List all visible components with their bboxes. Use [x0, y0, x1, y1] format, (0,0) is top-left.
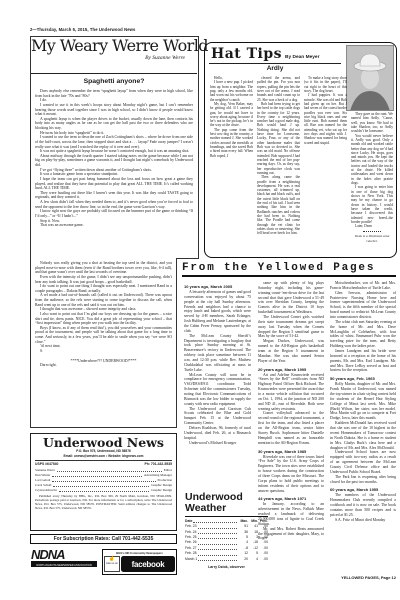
dotted-leader [198, 538, 238, 539]
article-paragraph: Then along came the poodle from a neighb… [257, 175, 300, 235]
yellowed-item: The members of the Underwood Homemakers … [330, 493, 396, 517]
weather-title-line2: Weather [185, 503, 268, 514]
dotted-leader [198, 560, 237, 561]
article-paragraph: To make a long story short (so it fits i… [304, 76, 347, 93]
yellowed-item: Underwood School buses are now equipped … [330, 450, 396, 474]
hat-tips-signoff: Later, Dean [351, 224, 393, 228]
article-paragraph: A ref made a bad out-of-bounds call (cal… [35, 293, 172, 307]
article-paragraph: Does anybody else remember the term “spa… [35, 89, 193, 98]
masthead-fine-print: Published every Thursday by BHG, Inc., P… [35, 495, 172, 510]
article-paragraph: Even with the intensity of the game, I d… [35, 275, 172, 284]
hat-tips-box: Hat TipsBy Dean Meyer Ardly Hello,I have… [204, 42, 397, 258]
weary-article-body-bottom: Nobody was really giving you a shot at b… [35, 261, 172, 425]
weather-title: Underwood Weather [185, 492, 268, 517]
dotted-leader [53, 486, 149, 487]
dotted-leader [52, 481, 155, 482]
staff-name: Crystal Albrecht [35, 488, 57, 493]
yellowed-item: James Lundgren and his bride were honore… [330, 349, 396, 373]
weather-prec: .00 [258, 557, 268, 562]
hat-tips-title: Hat Tips [211, 46, 282, 62]
article-paragraph: My dog, Vern Baker, may be getting old. … [210, 102, 253, 128]
ndna-caption: NORTH DAKOTA NEWSPAPER ASSOCIATION [31, 563, 97, 567]
article-paragraph: A spaghetti layup is when the player dri… [35, 117, 193, 131]
article-paragraph: A few shots didn’t fall when they needed… [35, 200, 193, 209]
yellowed-item: Underwood’s Michael Krueger [184, 441, 251, 446]
dotted-leader [198, 528, 238, 529]
masthead-rule [35, 460, 172, 461]
yellowed-item: The Park Inn is reopening after being cl… [330, 475, 396, 485]
article-paragraph: About midway through the fourth quarter … [35, 154, 193, 168]
weary-column-masthead: My Weary Werre World By Suzanne Werre [31, 38, 197, 74]
yellowed-pages-column-1: 10 years ago, March 2005A leisurely afte… [184, 281, 251, 489]
yellowed-item: Delores Roaldson, 96, formerly of rural … [184, 426, 251, 441]
yellowed-item: McLean County will soon be in compliance… [184, 373, 251, 407]
columnist-photo [346, 45, 394, 111]
dotted-leader [198, 555, 238, 556]
dotted-leader [59, 491, 150, 492]
yellowed-pages-jump-line: YELLOWED PAGES, Page 12 [302, 575, 396, 580]
yellowed-item: The Underwood Comet girls watched their … [258, 315, 324, 339]
staff-row: Crystal Albrecht Graphic Design [35, 488, 172, 493]
columnist-bio: Dean is a Dickinson area rancher. [351, 234, 393, 242]
article-paragraph: I was going to enter him in one of those… [351, 185, 393, 224]
newspaper-contact: Email: unews@westriv.com • Website: bhgn… [35, 454, 172, 458]
dotted-leader [198, 533, 238, 534]
facebook-badge-row: ☝ Like us on facebook [104, 556, 175, 572]
yellowed-item: The whist club met Saturday evening at t… [330, 320, 396, 349]
yellowed-item: Comet volleyball advanced to the second … [258, 411, 324, 445]
yellowed-item: 50 years ago, Feb. 1965 [330, 376, 396, 381]
article-paragraph: The pup came from the best cow dog in th… [210, 128, 253, 158]
yellowed-item: Motschenbacher, son of Mr. and Mrs. Fran… [330, 281, 396, 291]
yellowed-pages-column-3: Motschenbacher, son of Mr. and Mrs. Fran… [330, 281, 396, 571]
hat-tips-headline: Ardly [209, 65, 341, 72]
weather-rows: Feb. 23 51 41 .00 Feb. 24 36 18 .00 [185, 524, 268, 562]
article-paragraph: I have a new pup. I picked him up from a… [210, 80, 253, 102]
like-us-box: ☝ Like us on [104, 556, 120, 572]
hat-tips-paragraph-list: They gave us the runt. We named him Ardl… [351, 112, 393, 224]
article-paragraph: S. [35, 349, 172, 354]
yellowed-item: A leisurely afternoon of games and good … [184, 290, 251, 334]
hat-tips-column-3: To make a long story short (so it fits i… [304, 76, 347, 253]
article-paragraph: I wanted to use it in this week’s hoops … [35, 103, 193, 117]
article-paragraph: I do want to point out one thing I thoug… [35, 284, 172, 293]
yellowed-pages-title: From the Yellowed Pages [182, 262, 396, 277]
weary-article-headline: Spaghetti anyone? [31, 78, 197, 85]
yellowed-item: Glen Iverson, administrator of Prairievi… [330, 291, 396, 320]
article-paragraph: They gave us the runt. We named him Ardl… [351, 112, 393, 134]
yellowed-item: 30 years ago, March 1985 [258, 449, 324, 454]
article-paragraph: Bob had been trying to get her bred to t… [257, 102, 300, 175]
article-paragraph: They were hustling out there like I have… [35, 191, 193, 200]
weather-row: March 1 20 4 .00 [185, 557, 268, 562]
article-paragraph: I hope the team can get past being bumme… [35, 177, 193, 191]
facebook-badge: BHG's ND Community Newspapers ☝ Like us … [102, 549, 177, 575]
hat-tips-column-1: Hello,I have a new pup. I picked him up … [210, 76, 253, 253]
newspaper-page: 2—Thursday, March 5, 2015, The Underwood… [0, 0, 400, 600]
hat-tips-byline: By Dean Meyer [285, 55, 319, 60]
staff-role: Graphic Design [151, 488, 172, 493]
article-paragraph: That was an awesome game. [35, 223, 193, 228]
article-paragraph: I also want to point out that I’m glad o… [35, 312, 172, 326]
yellowed-item: S.A. Fritz of Minot died Monday [330, 518, 396, 523]
hat-tips-masthead: Hat TipsBy Dean Meyer [211, 45, 319, 63]
weather-max: 20 [238, 557, 248, 562]
article-paragraph: I know right now the guys are probably s… [35, 209, 193, 218]
yellowed-item: Kathleen McDonald has received word that… [330, 421, 396, 450]
yellowed-item: came up with plenty of big plays Saturda… [258, 281, 324, 315]
page-header-folio: 2—Thursday, March 5, 2015, The Underwood… [30, 27, 210, 32]
dotted-leader [198, 544, 238, 545]
newspaper-title: Underwood News [35, 436, 172, 449]
article-paragraph: Boys (I know, as if any of them read thi… [35, 326, 172, 345]
subscription-banner: For Subscription Rates: Call 701-442-553… [30, 534, 177, 544]
weary-column-byline: By Suzanne Werre [31, 55, 197, 61]
facebook-badge-header: BHG's ND Community Newspapers [104, 551, 175, 555]
yellowed-item: 10 years ago, March 2005 [184, 284, 251, 289]
article-paragraph: Nobody was really giving you a shot at b… [35, 261, 172, 275]
yellowed-item: Riverdale was one of three towns listed … [258, 455, 324, 494]
like-us-label: Like us on [105, 562, 119, 565]
hat-tips-rule [209, 63, 341, 64]
yellowed-item: 20 years ago, March 1995 [258, 367, 324, 372]
dotted-leader [193, 522, 237, 523]
weary-article-body-top: Does anybody else remember the term “spa… [35, 89, 193, 255]
dotted-leader [57, 471, 162, 472]
yellowed-item: The McLean County Sheriff’s Department i… [184, 334, 251, 373]
signature-divider [363, 231, 381, 232]
staff-list: Suzanne Werre Editor Dan Winter Advertis… [35, 468, 172, 494]
article-paragraph: J had puppies. It was a miracle. She was… [304, 93, 347, 145]
article-paragraph: cleared the arena, and pulled the pin. F… [257, 76, 300, 102]
cheer-reply-line: Darn right. [35, 363, 172, 368]
hat-tips-column-4: They gave us the runt. We named him Ardl… [351, 112, 393, 253]
yellowed-item: Rolly Martin, daughter of Mr. and Mrs. F… [330, 382, 396, 421]
facebook-logo: facebook [121, 556, 175, 572]
weary-column-title: My Weary Werre World [31, 38, 197, 55]
weather-block: Underwood Weather Date Max. Min. Prec. F… [185, 492, 268, 569]
weather-table: Date Max. Min. Prec. Feb. 23 51 41 .00 [185, 519, 268, 563]
ndna-logo: NDNA NORTH DAKOTA NEWSPAPER ASSOCIATION [31, 548, 97, 575]
weather-date: March 1 [185, 557, 197, 562]
yellowed-item: Art and Adeline Krumwiede received “Save… [258, 373, 324, 412]
weary-paragraph-list: Nobody was really giving you a shot at b… [35, 261, 172, 354]
yellowed-item: Megan Duckes, Underwood, was named to th… [258, 339, 324, 363]
yellowed-item: The Underwood and Garrison Cub Scouts ce… [184, 407, 251, 426]
newspaper-masthead-box: Underwood News P.O. Box 575, Underwood, … [30, 433, 177, 531]
dotted-leader [52, 476, 142, 477]
article-paragraph: You would never believe it. Ardly was go… [351, 134, 393, 186]
yellowed-item: 60 years ago, March 1955 [330, 487, 396, 492]
ndna-logo-text: NDNA [31, 548, 97, 563]
article-paragraph: I wanted to use the term to describe one… [35, 135, 193, 149]
hat-tips-column-2: cleared the arena, and pulled the pin. F… [257, 76, 300, 253]
weather-observer: Larry Dziok, observer [185, 565, 268, 569]
dotted-leader [198, 549, 238, 550]
weather-min: 4 [248, 557, 258, 562]
